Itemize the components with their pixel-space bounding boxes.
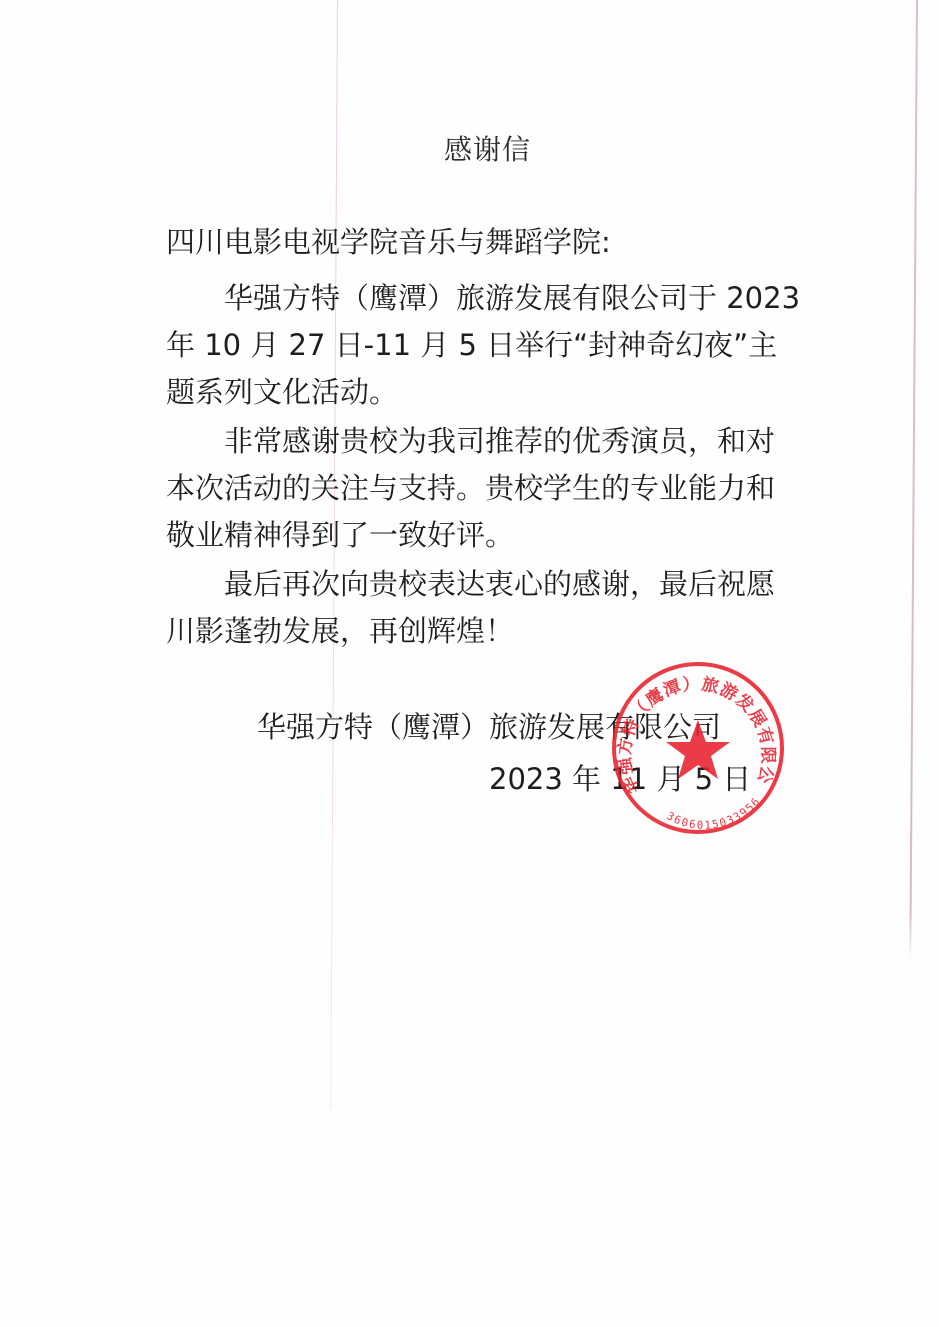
stamp-code: 3606015033956 (664, 794, 763, 832)
paragraph-line: 题系列文化活动。 (166, 369, 812, 416)
salutation-text: 四川电影电视学院音乐与舞蹈学院: (166, 219, 812, 266)
paragraph-line: 华强方特（鹰潭）旅游发展有限公司于 2023 (166, 275, 812, 322)
signature-company: 华强方特（鹰潭）旅游发展有限公司 (257, 705, 721, 746)
letter-title: 感谢信 (0, 128, 939, 168)
paragraph-line: 敬业精神得到了一致好评。 (166, 512, 812, 559)
paragraph-line: 川影蓬勃发展，再创辉煌！ (166, 608, 812, 655)
paragraph-event: 华强方特（鹰潭）旅游发展有限公司于 2023 年 10 月 27 日-11 月 … (166, 275, 812, 416)
paragraph-line: 年 10 月 27 日-11 月 5 日举行“封神奇幻夜”主 (166, 322, 812, 369)
svg-text:3606015033956: 3606015033956 (664, 794, 763, 832)
paragraph-line: 最后再次向贵校表达衷心的感谢，最后祝愿 (166, 561, 812, 608)
company-seal-stamp-icon: 华强方特（鹰潭）旅游发展有限公司 3606015033956 (606, 658, 786, 838)
paragraph-thanks: 非常感谢贵校为我司推荐的优秀演员，和对 本次活动的关注与支持。贵校学生的专业能力… (166, 418, 812, 559)
letter-page: 感谢信 四川电影电视学院音乐与舞蹈学院: 华强方特（鹰潭）旅游发展有限公司于 2… (0, 0, 939, 1327)
salutation: 四川电影电视学院音乐与舞蹈学院: (166, 219, 812, 266)
paragraph-closing: 最后再次向贵校表达衷心的感谢，最后祝愿 川影蓬勃发展，再创辉煌！ (166, 561, 812, 655)
paragraph-line: 非常感谢贵校为我司推荐的优秀演员，和对 (166, 418, 812, 465)
signature-date: 2023 年 11 月 5 日 (489, 757, 751, 798)
paragraph-line: 本次活动的关注与支持。贵校学生的专业能力和 (166, 465, 812, 512)
